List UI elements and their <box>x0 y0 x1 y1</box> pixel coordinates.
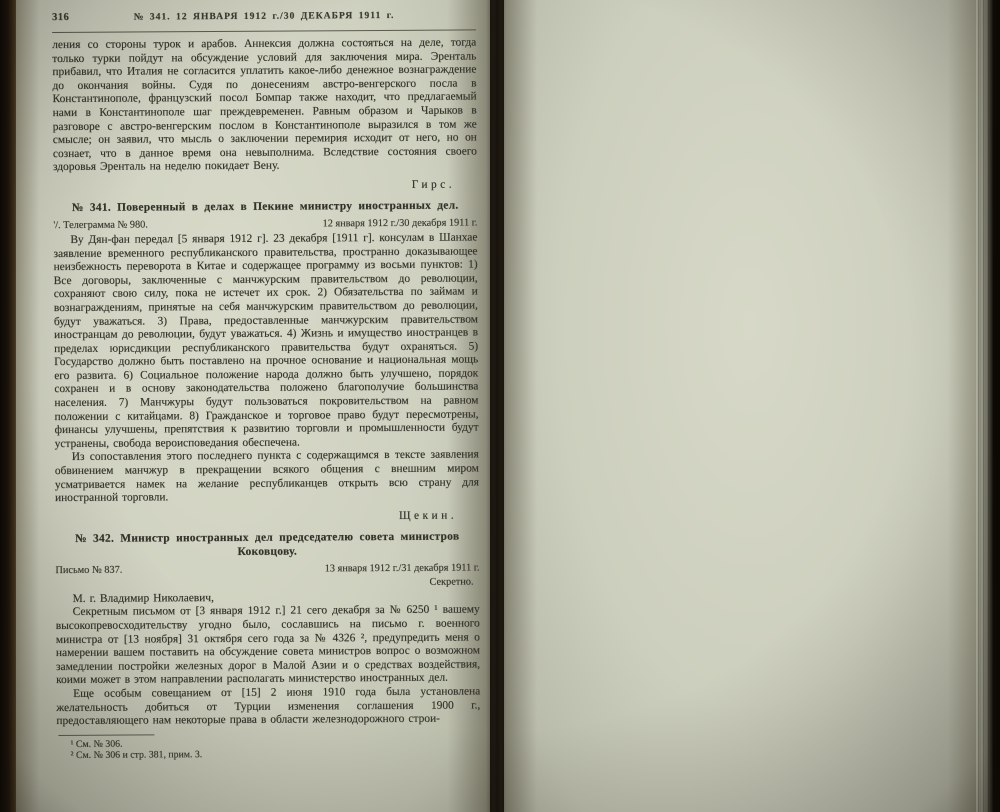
left-footnotes: ¹ См. № 306. ² См. № 306 и стр. 381, при… <box>56 732 480 761</box>
right-page: № 343. 13 ЯНВАРЯ 1912 г./31 ДЕКАБРЯ 1911… <box>504 0 976 812</box>
doc-341-heading: № 341. Поверенный в делах в Пекине минис… <box>53 198 477 215</box>
doc-342-paragraph-1: Секретным письмом от [3 января 1912 г.] … <box>56 604 480 688</box>
doc-341-paragraph-2: Из сопоставления этого последнего пункта… <box>55 449 479 506</box>
doc-342-heading: № 342. Министр иностранных дел председат… <box>55 529 479 560</box>
signature-girs: Гирс. <box>53 178 455 192</box>
left-page-content: 316 № 341. 12 ЯНВАРЯ 1912 г./30 ДЕКАБРЯ … <box>52 9 481 760</box>
page-edge-stack-right <box>976 0 1000 812</box>
doc-341-date: 12 января 1912 г./30 декабря 1911 г. <box>322 217 477 229</box>
doc-342-heading-line-1: № 342. Министр иностранных дел председат… <box>55 529 479 546</box>
doc-342-paragraph-2: Еще особым совещанием от [15] 2 июня 191… <box>56 685 480 728</box>
doc-341-meta: '/. Телеграмма № 980. 12 января 1912 г./… <box>53 217 477 231</box>
left-page: 316 № 341. 12 ЯНВАРЯ 1912 г./30 ДЕКАБРЯ … <box>16 0 490 812</box>
doc-342-letter-label: Письмо № 837. <box>55 564 122 575</box>
book-scan-photo: 316 № 341. 12 ЯНВАРЯ 1912 г./30 ДЕКАБРЯ … <box>0 0 1000 812</box>
left-running-header: 316 № 341. 12 ЯНВАРЯ 1912 г./30 ДЕКАБРЯ … <box>52 9 476 33</box>
doc-342-meta: Письмо № 837. 13 января 1912 г./31 декаб… <box>55 562 479 576</box>
doc-342-date: 13 января 1912 г./31 декабря 1911 г. <box>325 562 480 574</box>
doc-341-telegram-label: '/. Телеграмма № 980. <box>53 219 148 231</box>
doc-342-heading-line-2: Коковцову. <box>55 543 479 560</box>
paragraph-continuation: ления со стороны турок и арабов. Аннекси… <box>52 36 477 175</box>
signature-shchekin: Щекин. <box>55 509 457 523</box>
doc-341-paragraph-1: Ву Дян-фан передал [5 января 1912 г]. 23… <box>53 231 478 451</box>
left-running-title: № 341. 12 ЯНВАРЯ 1912 г./30 ДЕКАБРЯ 1911… <box>134 10 395 23</box>
left-page-number: 316 <box>52 12 69 23</box>
doc-342-secrecy-label: Секретно. <box>55 576 473 590</box>
footnote-separator <box>58 734 154 736</box>
footnote: ² См. № 306 и стр. 381, прим. 3. <box>57 747 481 761</box>
book-spine-shadow <box>486 0 506 812</box>
